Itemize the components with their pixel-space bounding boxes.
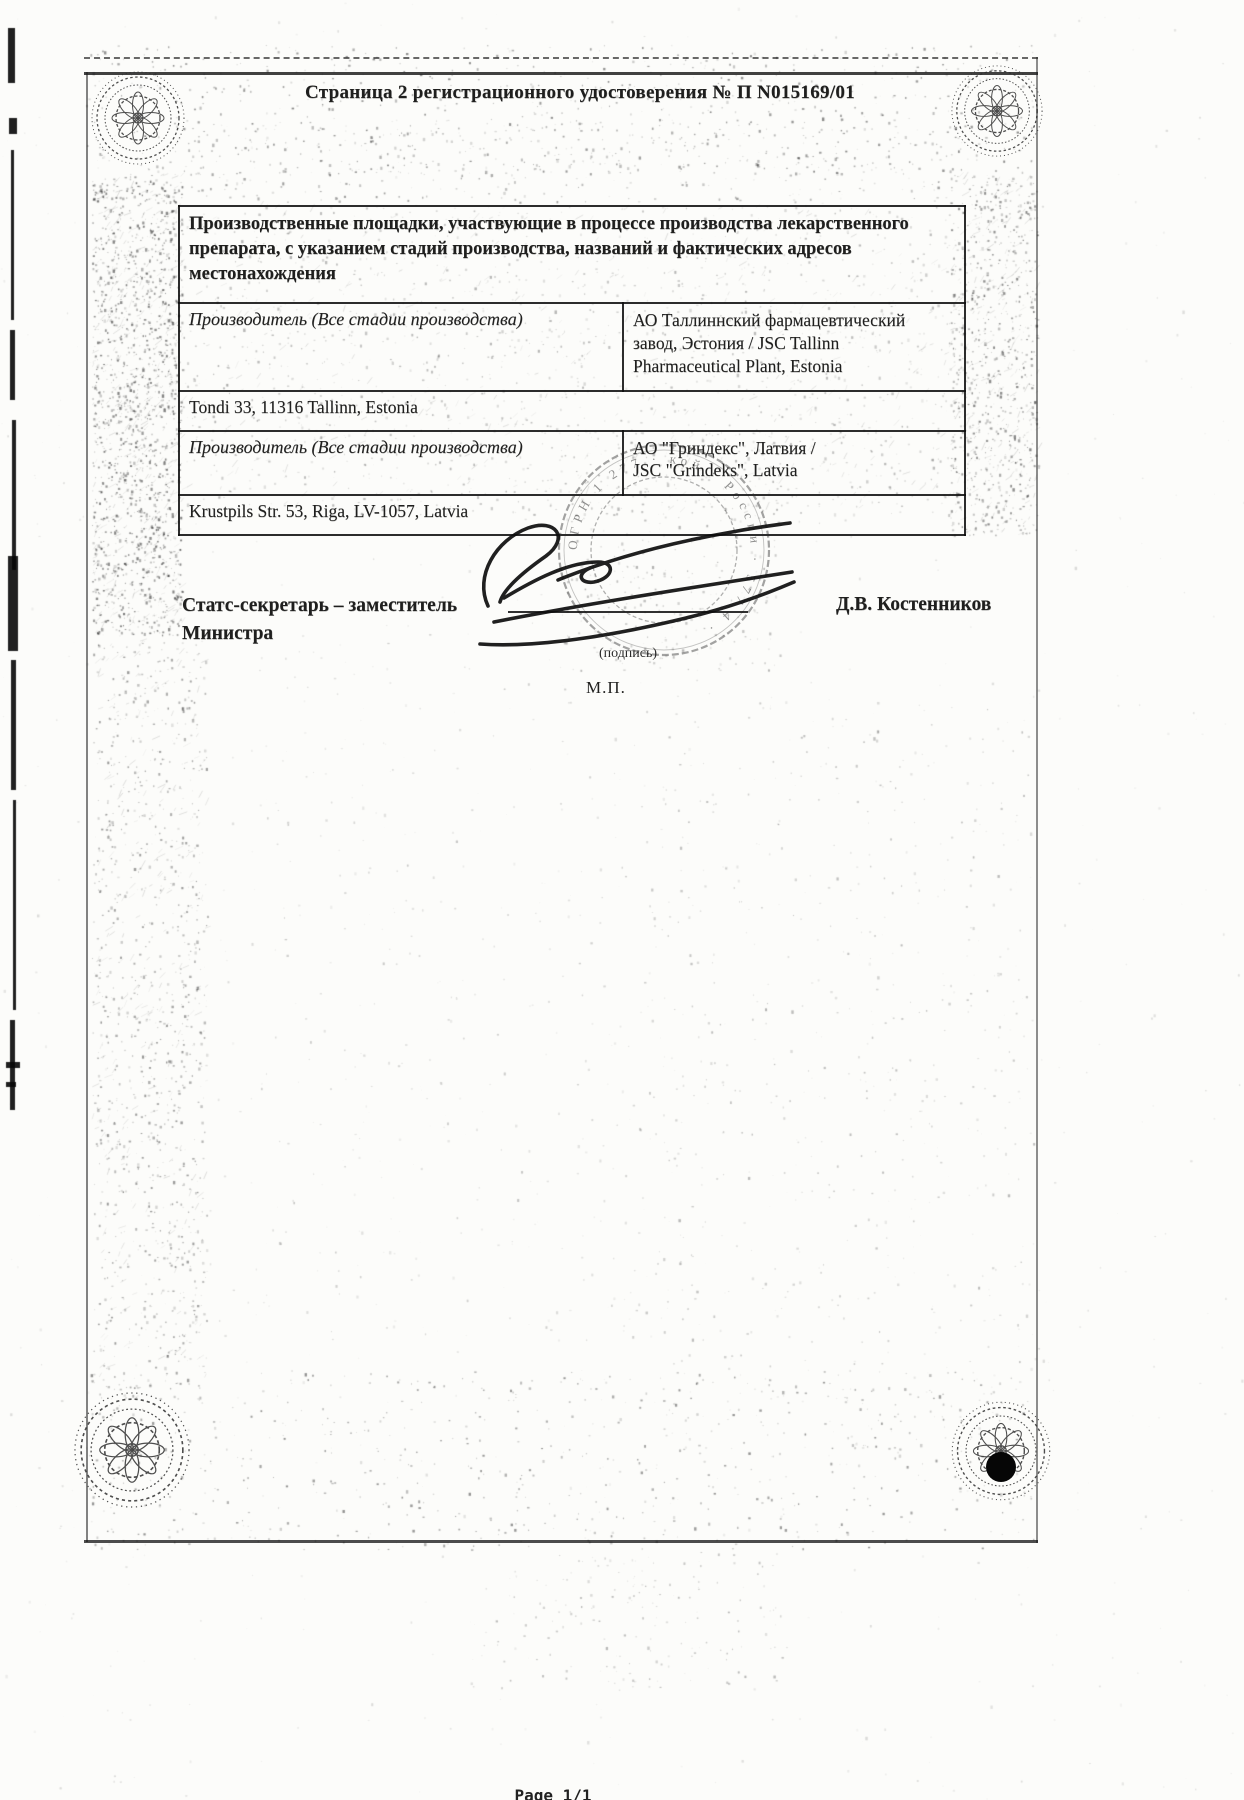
page-header-text: Страница 2 регистрационного удостоверени… [150, 82, 1010, 104]
seal-place-abbr: М.П. [586, 678, 626, 698]
table-title-cell: Производственные площадки, участвующие в… [179, 206, 965, 303]
signatory-name: Д.В. Костенников [836, 594, 991, 616]
handwritten-signature [470, 500, 810, 660]
frame-top-line-outer [84, 57, 1038, 59]
frame-right-line [1036, 57, 1038, 1543]
signatory-title-line2: Министра [182, 620, 457, 648]
guilloche-rosette-top-right [948, 62, 1046, 160]
scanned-document-page: Страница 2 регистрационного удостоверени… [0, 0, 1244, 1800]
signatory-title-line1: Статс-секретарь – заместитель [182, 592, 457, 620]
manufacturer-role-cell-1: Производитель (Все стадии производства) [179, 303, 623, 390]
page-footer: Page 1/1 [403, 1786, 703, 1800]
frame-top-line-inner [84, 72, 1038, 75]
guilloche-rosette-bottom-right [948, 1398, 1054, 1504]
guilloche-rosette-bottom-left [70, 1388, 194, 1512]
manufacturer-name-cell-1: АО Таллиннский фармацевтический завод, Э… [623, 303, 965, 390]
frame-left-line [86, 72, 88, 1542]
manufacturer-address-cell-1: Tondi 33, 11316 Tallinn, Estonia [179, 391, 965, 431]
frame-bottom-line [84, 1540, 1038, 1543]
signatory-title: Статс-секретарь – заместитель Министра [182, 592, 457, 649]
ink-blot-dot [986, 1452, 1016, 1482]
